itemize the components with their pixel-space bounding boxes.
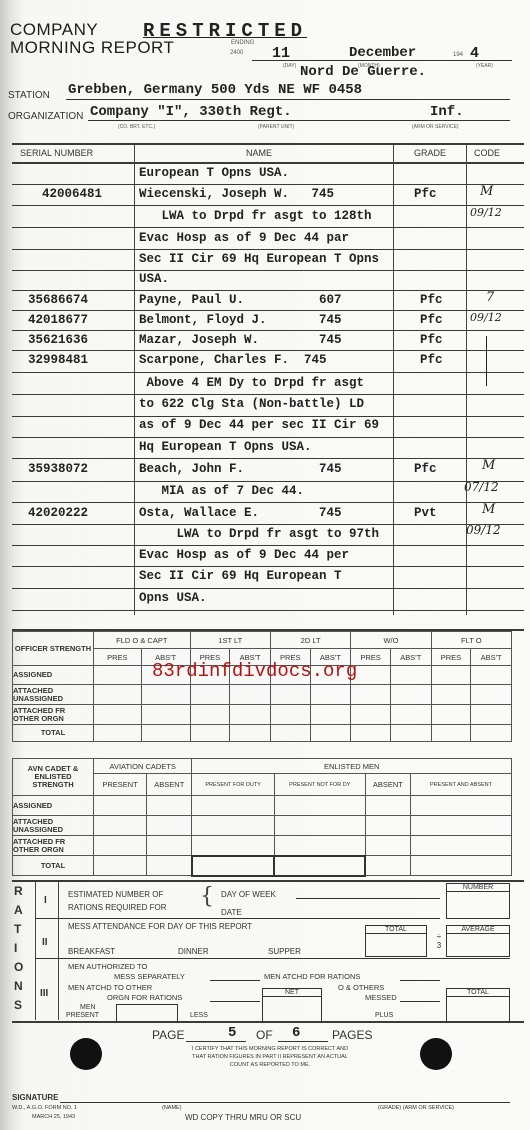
grade: Pfc [420,353,443,367]
serial-number: 42018677 [28,313,88,327]
col-present-for-duty: PRESENT FOR DUTY [192,774,274,796]
binder-hole-right-icon [420,1038,452,1070]
col-absent: ABSENT [147,774,192,796]
certify-line-1: I CERTIFY THAT THIS MORNING REPORT IS CO… [140,1046,400,1052]
classification-stamp: RESTRICTED [143,20,307,42]
ending-label: ENDING [231,40,254,46]
row-attached-unassigned: ATTACHED UNASSIGNED [13,685,94,705]
table-line: Sec II Cir 69 Hq European T [139,569,342,583]
table-top-rule [12,143,524,145]
organization-underline [88,120,510,121]
day-of-week-label: DAY OF WEEK [221,890,276,899]
officer-strength-table: OFFICER STRENGTH FLD O & CAPT 1ST LT 2D … [12,631,512,742]
serial-number: 42020222 [28,506,88,520]
average-box[interactable]: AVERAGE [446,925,510,957]
subcol-abst: ABS'T [390,649,431,666]
ending-time: 2400 [230,50,243,56]
code-mark: M [482,502,495,517]
mess-separately-field[interactable] [210,980,260,981]
plus-label: PLUS [375,1012,393,1019]
table-line: to 622 Clg Sta (Non-battle) LD [139,397,364,411]
code-date: 09/12 [470,311,502,324]
row-attached-other: ATTACHED FR OTHER ORGN [13,836,94,856]
pages-label: PAGES [332,1028,372,1042]
table-line: Evac Hosp as of 9 Dec 44 par [139,231,349,245]
men-present-label: MEN [80,1004,96,1011]
subcol-pres: PRES [94,649,142,666]
code-mark: 7 [486,290,494,305]
mess-separately-label: MESS SEPARATELY [114,972,185,981]
orgn-for-rations-label: ORGN FOR RATIONS [107,993,182,1002]
page-underline [186,1041,246,1042]
year-caption: (YEAR) [476,63,493,69]
grade: Pfc [414,187,437,201]
row-assigned: ASSIGNED [13,666,94,685]
org-caption-unit: (CO. BRT. ETC.) [118,124,155,130]
rations-rule-1 [35,918,440,919]
section-i-num: I [44,895,47,906]
grade-caption: (GRADE) (ARM OR SERVICE) [378,1105,454,1111]
grade: Pfc [420,293,443,307]
men-atchd-other-label: MEN ATCHD TO OTHER [68,983,152,992]
brace-icon: { [200,884,214,909]
men-authorized-label: MEN AUTHORIZED TO [68,962,147,971]
grade: Pfc [420,333,443,347]
row-assigned: ASSIGNED [13,796,94,816]
row-attached-other: ATTACHED FR OTHER ORGN [13,705,94,725]
organization-label: ORGANIZATION [8,111,83,122]
grade: Pfc [420,313,443,327]
rations-required-label: RATIONS REQUIRED FOR [68,903,167,912]
certify-line-2: THAT RATION FIGURES IN PART II REPRESENT… [140,1054,400,1060]
serial-number: 42006481 [42,187,102,201]
col-present-not-for-duty: PRESENT NOT FOR DY [274,774,365,796]
group-fld-o-capt: FLD O & CAPT [94,632,191,649]
report-day: 11 [272,45,290,62]
row-attached-unassigned: ATTACHED UNASSIGNED [13,816,94,836]
col-present-and-absent: PRESENT AND ABSENT [411,774,512,796]
morning-report-document: COMPANY MORNING REPORT RESTRICTED ENDING… [0,0,530,1130]
officer-strength-title: OFFICER STRENGTH [13,632,94,666]
men-present-box[interactable] [116,1004,178,1022]
date-label: DATE [221,908,242,917]
others-messed-field[interactable] [400,1001,440,1002]
grade: Pfc [414,462,437,476]
form-title-company: COMPANY [10,20,98,40]
table-line: LWA to Drpd fr asgt to 128th [139,209,372,223]
col-header-name: NAME [246,148,272,158]
less-label: LESS [190,1012,208,1019]
serial-number: 35621636 [28,333,88,347]
orgn-for-rations-field[interactable] [210,1001,260,1002]
signature-field[interactable] [60,1102,510,1103]
table-line: Scarpone, Charles F. 745 [139,353,327,367]
subcol-abst: ABS'T [471,649,512,666]
code-date: 07/12 [464,480,499,494]
group-wo: W/O [351,632,431,649]
binder-hole-left-icon [70,1038,102,1070]
col-present: PRESENT [94,774,147,796]
table-line: LWA to Drpd fr asgt to 97th [139,527,379,541]
group-1st-lt: 1ST LT [190,632,270,649]
table-line: as of 9 Dec 44 per sec II Cir 69 [139,418,379,432]
station-label: STATION [8,90,50,101]
station-value: Grebben, Germany 500 Yds NE WF 0458 [68,82,362,98]
table-line: Hq European T Opns USA. [139,440,312,454]
table-line: Opns USA. [139,591,207,605]
col-header-grade: GRADE [414,148,446,158]
men-atchd-for-rations-label: MEN ATCHD FOR RATIONS [264,972,360,981]
table-line: Above 4 EM Dy to Drpd fr asgt [139,376,364,390]
table-line: Beach, John F. 745 [139,462,342,476]
breakfast-label: BREAKFAST [68,947,115,956]
enlisted-strength-title: AVN CADET & ENLISTED STRENGTH [13,759,94,796]
section-ii-num: II [42,937,48,948]
location-note: Nord De Guerre. [300,64,426,80]
row-total: TOTAL [13,856,94,876]
group-aviation-cadets: AVIATION CADETS [94,759,192,774]
estimated-number-label: ESTIMATED NUMBER OF [68,890,163,899]
rations-top-rule [12,880,524,882]
rations-bottom-rule [12,1021,524,1023]
name-caption: (NAME) [162,1105,182,1111]
men-atchd-for-rations-field[interactable] [400,980,440,981]
table-line: MIA as of 7 Dec 44. [139,484,304,498]
arm-of-service: Inf. [430,104,464,120]
serial-number: 32998481 [28,353,88,367]
enlisted-strength-table: AVN CADET & ENLISTED STRENGTH AVIATION C… [12,758,512,877]
dinner-label: DINNER [178,947,209,956]
day-of-week-field[interactable] [296,898,440,899]
code-mark: M [482,458,495,473]
table-line: Belmont, Floyd J. 745 [139,313,342,327]
total-box[interactable]: TOTAL [365,925,427,957]
group-enlisted-men: ENLISTED MEN [192,759,512,774]
col-header-serial: SERIAL NUMBER [20,148,93,158]
divide-by-three: ÷ 3 [434,932,444,950]
code-date: 09/12 [470,206,502,219]
table-line: Mazar, Joseph W. 745 [139,333,342,347]
table-line: USA. [139,272,169,286]
serial-number: 35938072 [28,462,88,476]
form-date: MARCH 25, 1943 [32,1114,75,1120]
rations-rule-2 [35,958,510,959]
certify-line-3: COUNT AS REPORTED TO ME. [140,1062,400,1068]
header-rule [12,162,524,164]
serial-number: 35686674 [28,293,88,307]
code-date: 09/12 [466,523,501,537]
form-number: W.D., A.G.O. FORM NO. 1 [12,1105,77,1111]
present-label: PRESENT [66,1012,99,1019]
of-label: OF [256,1028,273,1042]
col-header-code: CODE [474,148,500,158]
station-underline [66,99,510,100]
supper-label: SUPPER [268,947,301,956]
page-label: PAGE [152,1028,184,1042]
total-pages-underline [278,1041,328,1042]
table-line: Osta, Wallace E. 745 [139,506,342,520]
group-flt-o: FLT O [431,632,511,649]
total-iii-box[interactable]: TOTAL [446,988,510,1022]
rations-divider-2 [58,882,59,1020]
org-caption-parent: (PARENT UNIT) [258,124,294,130]
table-line: European T Opns USA. [139,166,289,180]
table-line: Wiecenski, Joseph W. 745 [139,187,334,201]
rations-divider-1 [35,882,36,1020]
others-messed-label: O & OTHERS [338,983,384,992]
watermark-text: 83rdinfdivdocs.org [152,660,357,682]
number-box[interactable]: NUMBER [446,883,510,919]
messed-label: MESSED [365,993,397,1002]
subcol-pres: PRES [431,649,471,666]
col-em-absent: ABSENT [365,774,410,796]
group-2d-lt: 2D LT [270,632,350,649]
code-mark: M [480,184,493,199]
organization-value: Company "I", 330th Regt. [90,104,292,120]
grade: Pvt [414,506,437,520]
table-line: Evac Hosp as of 9 Dec 44 per [139,548,349,562]
year-prefix: 194 [453,52,463,58]
report-month: December [349,45,416,61]
copy-note: WD COPY THRU MRU OR SCU [185,1113,301,1122]
table-line: Sec II Cir 69 Hq European T Opns [139,252,379,266]
table-line: Payne, Paul U. 607 [139,293,342,307]
mess-attendance-label: MESS ATTENDANCE FOR DAY OF THIS REPORT [68,922,252,931]
row-total: TOTAL [13,725,94,742]
section-iii-num: III [40,988,48,999]
page-number: 5 [228,1025,236,1041]
total-pages: 6 [292,1025,300,1041]
org-caption-arm: (ARM OR SERVICE) [412,124,459,130]
report-year-digit: 4 [470,45,479,62]
bracket-mark [486,336,487,386]
net-box[interactable]: NET [262,988,322,1022]
signature-label: SIGNATURE [12,1093,59,1102]
day-caption: (DAY) [283,63,296,69]
